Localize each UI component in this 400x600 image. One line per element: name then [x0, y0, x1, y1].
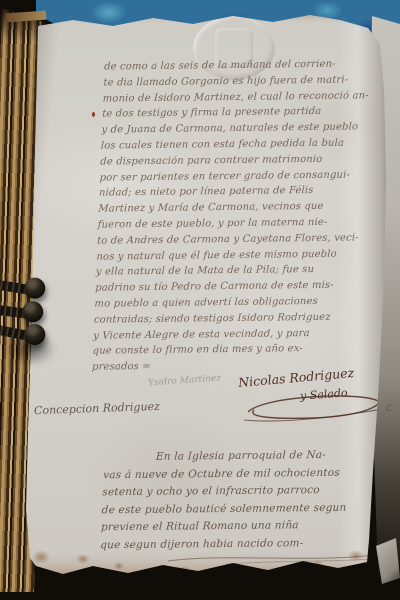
clasp-ball-head: [22, 322, 47, 347]
signature-rubric-flourish: [244, 392, 390, 424]
next-page-letter: C: [386, 404, 393, 414]
foxing-spot: [32, 550, 50, 564]
underline-flourish: [166, 550, 378, 566]
handwritten-line: los cuales tienen con esta fecha pedida …: [101, 135, 368, 154]
foxing-spot: [310, 560, 324, 570]
handwritten-line: contraidas; siendo testigos Isidoro Rodr…: [94, 309, 361, 328]
handwritten-line: padrino su tío Pedro de Carmona de este …: [95, 278, 362, 297]
photo-of-manuscript-book: C de como a las seis de la mañana del co…: [0, 0, 400, 600]
lower-page-corner: [376, 538, 400, 584]
handwritten-line: de este pueblo bauticé solemnemente segu…: [101, 499, 347, 519]
clasp-ball-head: [23, 276, 47, 300]
foxing-spot: [178, 566, 190, 574]
manuscript-page: de como a las seis de la mañana del corr…: [18, 10, 396, 588]
foxing-spot: [348, 550, 364, 562]
foxing-spot: [246, 566, 256, 574]
handwritten-line: En la Iglesia parroquial de Na-: [103, 447, 349, 467]
handwritten-line: setenta y ocho yo el infrascrito parroco: [102, 482, 348, 502]
register-entry-first: de como a las seis de la mañana del corr…: [92, 56, 371, 375]
foxing-spot: [76, 554, 90, 564]
clasp-ball-head: [21, 300, 44, 323]
register-entry-second: En la Iglesia parroquial de Na- vas á nu…: [100, 447, 349, 555]
foxing-spot: [114, 562, 124, 570]
page-stack-top-edge: [6, 11, 47, 23]
signature-faint: Ysidro Martinez: [148, 373, 222, 388]
margin-name-note: Concepcion Rodriguez: [34, 400, 160, 417]
red-ink-speck: [92, 112, 95, 117]
